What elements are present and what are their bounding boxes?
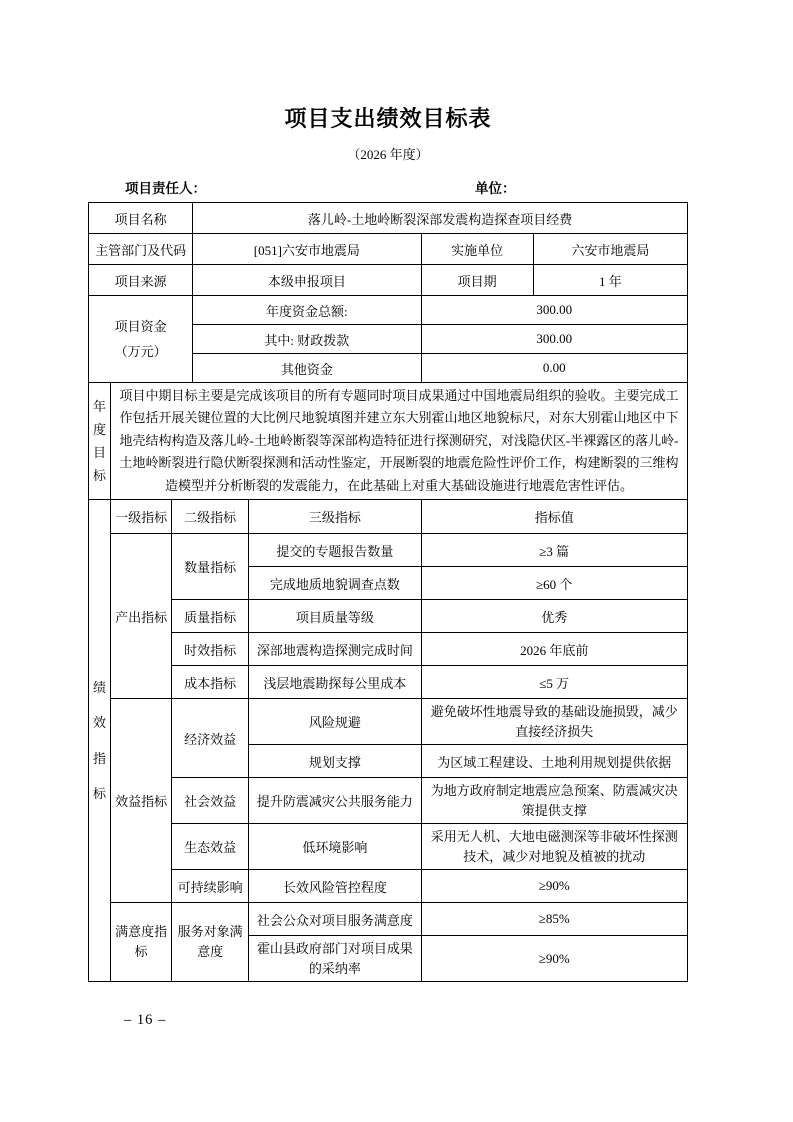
level3-cell: 风险规避 [249,699,421,745]
level3-cell: 提交的专题报告数量 [249,534,421,567]
level3-cell: 项目质量等级 [249,600,421,633]
fund-fiscal-label: 其中: 财政拨款 [193,325,421,354]
level1-benefit: 效益指标 [111,699,172,903]
value-cell: 避免破坏性地震导致的基础设施损毁，减少直接经济损失 [421,699,688,745]
level2-economic: 经济效益 [172,699,249,778]
value-cell: ≥90% [421,870,688,903]
fund-total-label: 年度资金总额: [193,296,421,325]
col-header-level1: 一级指标 [111,500,172,534]
indicators-side-label: 绩效指标 [89,500,111,982]
level3-cell: 提升防震减灾公共服务能力 [249,778,421,824]
table-row: 年度目标 项目中期目标主要是完成该项目的所有专题同时项目成果通过中国地震局组织的… [89,383,688,500]
table-row: 效益指标 经济效益 风险规避 避免破坏性地震导致的基础设施损毁，减少直接经济损失 [89,699,688,745]
fund-other-label: 其他资金 [193,354,421,383]
level3-cell: 浅层地震勘探每公里成本 [249,666,421,699]
value-cell: ≥90% [421,936,688,982]
level3-cell: 霍山县政府部门对项目成果的采纳率 [249,936,421,982]
dept-value: [051]六安市地震局 [193,234,421,265]
level3-cell: 完成地质地貌调查点数 [249,567,421,600]
project-name-value: 落儿岭-土地岭断裂深部发震构造探查项目经费 [193,203,688,234]
table-row: 主管部门及代码 [051]六安市地震局 实施单位 六安市地震局 [89,234,688,265]
level2-cost: 成本指标 [172,666,249,699]
level3-cell: 低环境影响 [249,824,421,870]
level2-sustainability: 可持续影响 [172,870,249,903]
annual-goal-side-label: 年度目标 [89,383,111,500]
table-row: 满意度指标 服务对象满意度 社会公众对项目服务满意度 ≥85% [89,903,688,936]
value-cell: ≥60 个 [421,567,688,600]
col-header-value: 指标值 [421,500,688,534]
fund-total-value: 300.00 [421,296,688,325]
level2-social: 社会效益 [172,778,249,824]
level3-cell: 长效风险管控程度 [249,870,421,903]
responsible-person-label: 项目责任人： [125,177,206,197]
value-cell: 为地方政府制定地震应急预案、防震减灾决策提供支撑 [421,778,688,824]
level2-timeliness: 时效指标 [172,633,249,666]
level1-satisfaction: 满意度指标 [111,903,172,982]
fund-section-label: 项目资金 （万元） [89,296,193,383]
table-row: 社会效益 提升防震减灾公共服务能力 为地方政府制定地震应急预案、防震减灾决策提供… [89,778,688,824]
project-name-label: 项目名称 [89,203,193,234]
page-subtitle: （2026 年度） [88,144,688,163]
table-row: 质量指标 项目质量等级 优秀 [89,600,688,633]
dept-label: 主管部门及代码 [89,234,193,265]
annual-goal-text: 项目中期目标主要是完成该项目的所有专题同时项目成果通过中国地震局组织的验收。主要… [111,383,688,500]
col-header-level3: 三级指标 [249,500,421,534]
table-row: 生态效益 低环境影响 采用无人机、大地电磁测深等非破坏性探测技术，减少对地貌及植… [89,824,688,870]
table-row: 绩效指标 一级指标 二级指标 三级指标 指标值 [89,500,688,534]
level3-cell: 深部地震构造探测完成时间 [249,633,421,666]
level2-quantity: 数量指标 [172,534,249,600]
document-content: 项目支出绩效目标表 （2026 年度） 项目责任人： 单位： 项目名称 落儿岭-… [88,102,688,982]
level1-output: 产出指标 [111,534,172,699]
table-row: 时效指标 深部地震构造探测完成时间 2026 年底前 [89,633,688,666]
value-cell: ≥85% [421,903,688,936]
fund-fiscal-value: 300.00 [421,325,688,354]
value-cell: ≤5 万 [421,666,688,699]
value-cell: 为区域工程建设、土地利用规划提供依据 [421,745,688,778]
table-row: 项目资金 （万元） 年度资金总额: 300.00 [89,296,688,325]
unit-label: 单位： [475,177,516,197]
table-row: 可持续影响 长效风险管控程度 ≥90% [89,870,688,903]
value-cell: 2026 年底前 [421,633,688,666]
performance-target-table: 项目名称 落儿岭-土地岭断裂深部发震构造探查项目经费 主管部门及代码 [051]… [88,202,688,982]
source-value: 本级申报项目 [193,265,421,296]
value-cell: 优秀 [421,600,688,633]
fund-other-value: 0.00 [421,354,688,383]
source-label: 项目来源 [89,265,193,296]
value-cell: 采用无人机、大地电磁测深等非破坏性探测技术，减少对地貌及植被的扰动 [421,824,688,870]
document-page: 项目支出绩效目标表 （2026 年度） 项目责任人： 单位： 项目名称 落儿岭-… [0,0,793,1122]
period-value: 1 年 [533,265,687,296]
value-cell: ≥3 篇 [421,534,688,567]
table-row: 项目来源 本级申报项目 项目期 1 年 [89,265,688,296]
impl-unit-value: 六安市地震局 [533,234,687,265]
table-row: 项目名称 落儿岭-土地岭断裂深部发震构造探查项目经费 [89,203,688,234]
page-title: 项目支出绩效目标表 [88,102,688,133]
table-row: 成本指标 浅层地震勘探每公里成本 ≤5 万 [89,666,688,699]
level3-cell: 规划支撑 [249,745,421,778]
col-header-level2: 二级指标 [172,500,249,534]
level2-quality: 质量指标 [172,600,249,633]
level2-ecological: 生态效益 [172,824,249,870]
impl-unit-label: 实施单位 [421,234,533,265]
level3-cell: 社会公众对项目服务满意度 [249,903,421,936]
period-label: 项目期 [421,265,533,296]
page-number: – 16 – [124,1012,166,1029]
level2-service-target: 服务对象满意度 [172,903,249,982]
table-row: 产出指标 数量指标 提交的专题报告数量 ≥3 篇 [89,534,688,567]
header-fields: 项目责任人： 单位： [88,177,688,195]
